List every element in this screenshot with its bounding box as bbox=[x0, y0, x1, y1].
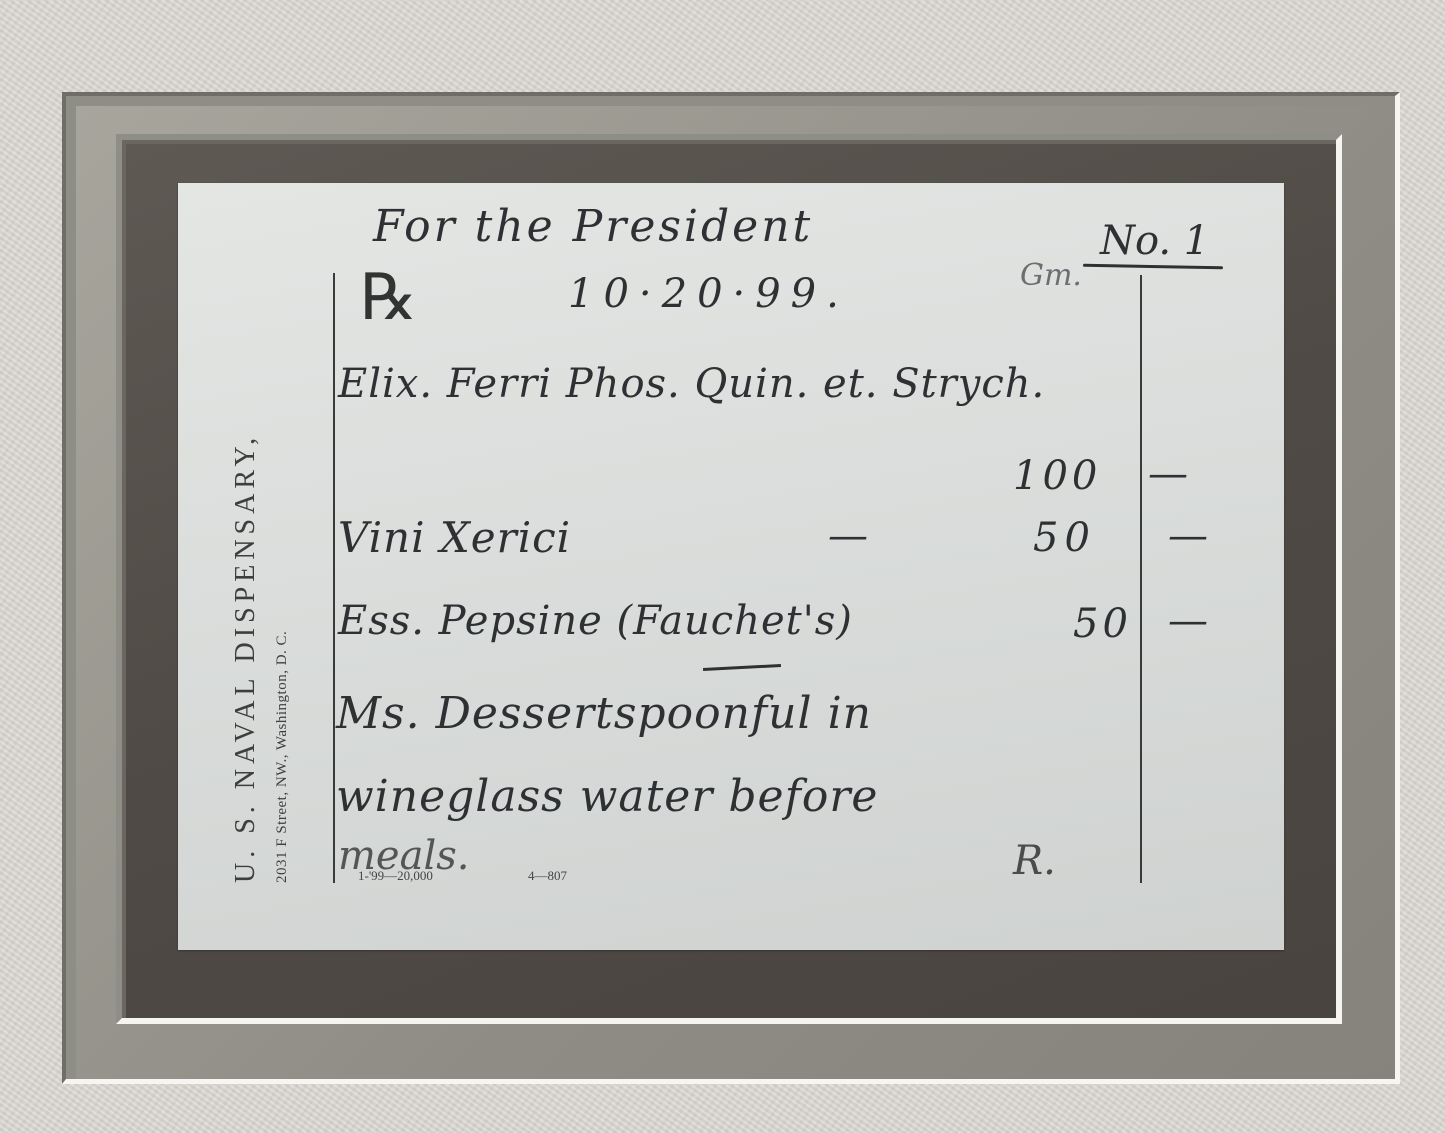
ingredient-1-dash: — bbox=[1148, 451, 1188, 497]
prescription-card: U. S. NAVAL DISPENSARY, 2031 F Street, N… bbox=[178, 183, 1284, 950]
ingredient-2-dash: — bbox=[1168, 513, 1208, 559]
form-code: 4—807 bbox=[528, 868, 567, 884]
ingredient-1-name: Elix. Ferri Phos. Quin. et. Strych. bbox=[338, 361, 1045, 407]
ingredient-2-separator: — bbox=[828, 513, 868, 559]
addressee: For the President bbox=[373, 201, 813, 252]
ingredient-2-name: Vini Xerici bbox=[338, 513, 571, 562]
left-margin-rule bbox=[333, 273, 335, 883]
ingredient-3-quantity: 50 bbox=[1073, 601, 1132, 647]
form-number: 1-'99—20,000 bbox=[358, 868, 433, 884]
ingredient-2-quantity: 50 bbox=[1033, 515, 1096, 561]
prescription-date: 10·20·99. bbox=[568, 271, 849, 317]
directions-line-2: wineglass water before bbox=[336, 771, 878, 822]
signature: R. bbox=[1013, 838, 1056, 884]
unit-label: Gm. bbox=[1020, 258, 1082, 293]
letterhead-address: 2031 F Street, NW., Washington, D. C. bbox=[274, 433, 291, 883]
ingredient-1-quantity: 100 bbox=[1013, 453, 1101, 499]
letterhead: U. S. NAVAL DISPENSARY, 2031 F Street, N… bbox=[230, 433, 291, 883]
directions-line-1: Ms. Dessertspoonful in bbox=[336, 688, 872, 739]
prescription-number: No. 1 bbox=[1100, 218, 1209, 264]
directions-overline bbox=[703, 664, 781, 671]
rx-icon: ℞ bbox=[360, 261, 417, 335]
ingredient-3-name: Ess. Pepsine (Fauchet's) bbox=[338, 598, 853, 644]
right-margin-rule bbox=[1140, 275, 1142, 883]
number-underline bbox=[1083, 264, 1223, 269]
ingredient-3-dash: — bbox=[1168, 598, 1208, 644]
letterhead-title: U. S. NAVAL DISPENSARY, bbox=[230, 433, 262, 883]
